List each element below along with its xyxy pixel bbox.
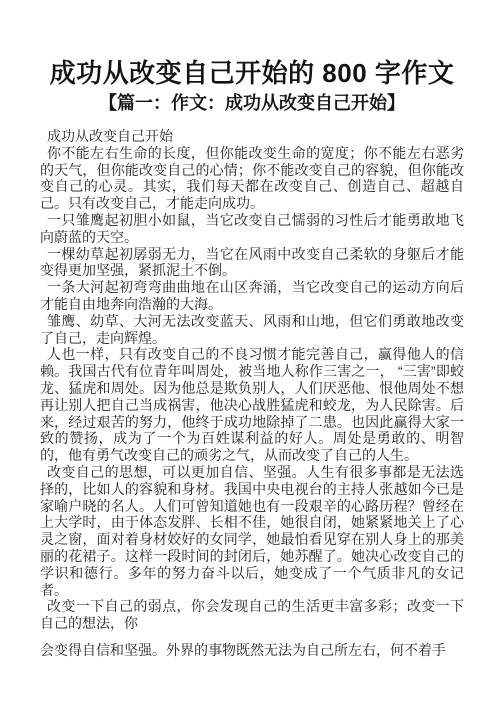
essay-paragraph: 一只雏鹰起初胆小如鼠，当它改变自己懦弱的习性后才能勇敢地飞向蔚蓝的天空。	[40, 212, 464, 246]
essay-paragraph: 改变自己的思想，可以更加自信、坚强。人生有很多事都是无法选择的，比如人的容貌和身…	[40, 464, 464, 598]
essay-paragraph: 一条大河起初弯弯曲曲地在山区奔涌，当它改变自己的运动方向后才能自由地奔向浩瀚的大…	[40, 279, 464, 313]
essay-paragraph: 成功从改变自己开始	[40, 128, 464, 145]
page-title: 成功从改变自己开始的 800 字作文	[40, 58, 464, 88]
essay-body: 成功从改变自己开始你不能左右生命的长度，但你能改变生命的宽度；你不能左右恶劣的天…	[40, 128, 464, 659]
page-subtitle: 【篇一：作文：成功从改变自己开始】	[40, 92, 464, 114]
document-page: 成功从改变自己开始的 800 字作文 【篇一：作文：成功从改变自己开始】 成功从…	[0, 0, 500, 708]
essay-paragraph: 改变一下自己的弱点，你会发现自己的生活更丰富多彩；改变一下自己的想法，你	[40, 598, 464, 632]
essay-paragraph: 人也一样，只有改变自己的不良习惯才能完善自己，赢得他人的信赖。我国古代有位青年叫…	[40, 346, 464, 464]
essay-paragraph: 雏鹰、幼草、大河无法改变蓝天、风雨和山地，但它们勇敢地改变了自己，走向辉煌。	[40, 313, 464, 347]
essay-paragraph: 会变得自信和坚强。外界的事物既然无法为自己所左右，何不着手	[40, 642, 464, 659]
essay-paragraph: 一棵幼草起初孱弱无力，当它在风雨中改变自己柔软的身躯后才能变得更加坚强，紧抓泥土…	[40, 246, 464, 280]
essay-paragraph: 你不能左右生命的长度，但你能改变生命的宽度；你不能左右恶劣的天气，但你能改变自己…	[40, 145, 464, 212]
